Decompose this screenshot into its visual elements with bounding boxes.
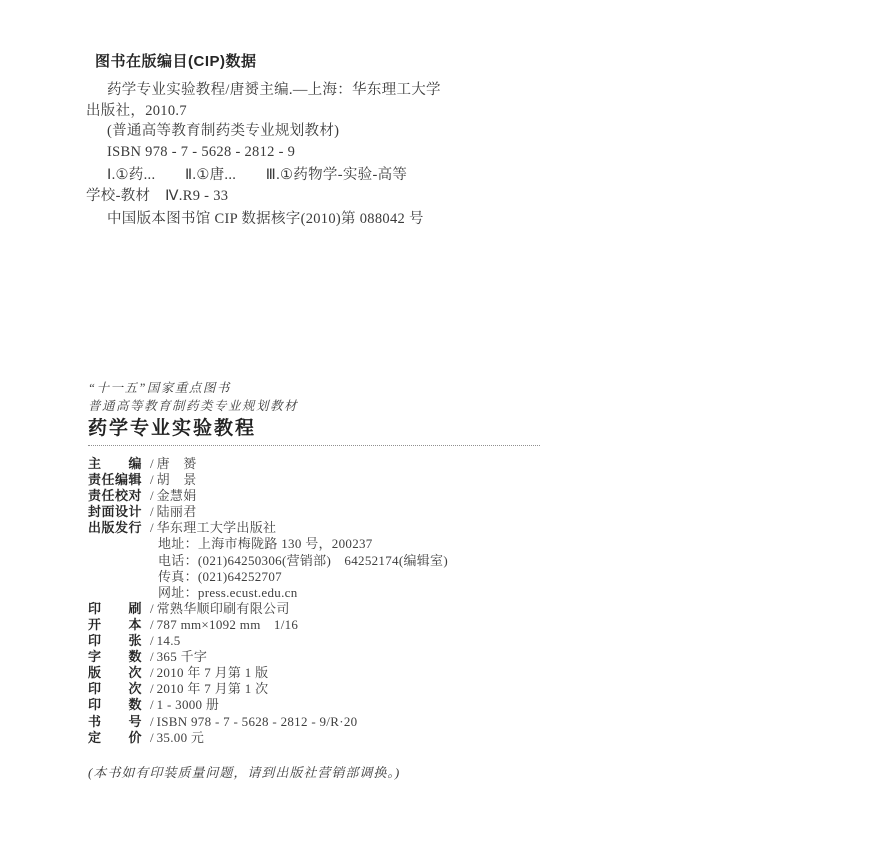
row-value: 唐 赟 [157,456,197,472]
row-separator: / [150,714,157,730]
row-value: 胡 景 [157,472,197,488]
row-label: 封面设计 [88,504,150,520]
cip-isbn-line: ISBN 978 - 7 - 5628 - 2812 - 9 [86,142,538,163]
row-value: 2010 年 7 月第 1 版 [157,665,269,681]
row-label: 印 数 [88,697,150,713]
row-print-run: 印 数 / 1 - 3000 册 [88,697,558,713]
series-note-2: 普通高等教育制药类专业规划教材 [88,397,558,415]
row-label: 责任编辑 [88,472,150,488]
row-value: 1 - 3000 册 [157,697,220,713]
row-label: 字 数 [88,649,150,665]
row-price: 定 价 / 35.00 元 [88,730,558,746]
row-label: 出版发行 [88,520,150,536]
row-separator: / [150,649,157,665]
row-separator: / [150,730,157,746]
publisher-website: 网址：press.ecust.edu.cn [88,585,558,601]
row-value: 金慧娟 [157,488,197,504]
row-value: 华东理工大学出版社 [157,520,277,536]
row-separator: / [150,633,157,649]
row-label: 印 次 [88,681,150,697]
row-label: 主 编 [88,456,150,472]
publisher-phone: 电话：(021)64250306(营销部) 64252174(编辑室) [88,553,558,569]
publisher-fax: 传真：(021)64252707 [88,569,558,585]
row-separator: / [150,681,157,697]
row-value: ISBN 978 - 7 - 5628 - 2812 - 9/R·20 [157,714,358,730]
row-value: 2010 年 7 月第 1 次 [157,681,269,697]
row-publisher: 出版发行 / 华东理工大学出版社 [88,520,558,536]
row-separator: / [150,456,157,472]
row-separator: / [150,504,157,520]
cip-record-number-line: 中国版本图书馆 CIP 数据核字(2010)第 088042 号 [86,209,538,230]
publisher-address: 地址：上海市梅陇路 130 号，200237 [88,536,558,552]
row-label: 版 次 [88,665,150,681]
row-separator: / [150,665,157,681]
row-isbn: 书 号 / ISBN 978 - 7 - 5628 - 2812 - 9/R·2… [88,714,558,730]
row-separator: / [150,601,157,617]
row-printer: 印 刷 / 常熟华顺印刷有限公司 [88,601,558,617]
row-format: 开 本 / 787 mm×1092 mm 1/16 [88,617,558,633]
row-value: 常熟华顺印刷有限公司 [157,601,290,617]
row-label: 责任校对 [88,488,150,504]
cip-classification-line-1: Ⅰ.①药... Ⅱ.①唐... Ⅲ.①药物学-实验-高等 [86,165,538,186]
dotted-divider [88,445,540,446]
book-title: 药学专业实验教程 [88,416,558,442]
row-sheets: 印 张 / 14.5 [88,633,558,649]
copyright-page: 图书在版编目(CIP)数据 药学专业实验教程/唐赟主编.—上海：华东理工大学 出… [0,0,870,842]
row-value: 陆丽君 [157,504,197,520]
cip-series-line: (普通高等教育制药类专业规划教材) [86,121,538,142]
row-label: 印 张 [88,633,150,649]
row-label: 印 刷 [88,601,150,617]
row-value: 14.5 [157,633,181,649]
cip-block: 图书在版编目(CIP)数据 药学专业实验教程/唐赟主编.—上海：华东理工大学 出… [86,52,538,230]
row-label: 书 号 [88,714,150,730]
colophon-rows: 主 编 / 唐 赟 责任编辑 / 胡 景 责任校对 / 金慧娟 封面设计 / 陆… [88,456,558,746]
cip-classification-line-2: 学校-教材 Ⅳ.R9 - 33 [86,186,538,207]
row-word-count: 字 数 / 365 千字 [88,649,558,665]
row-value: 787 mm×1092 mm 1/16 [157,617,299,633]
row-value: 35.00 元 [157,730,205,746]
cip-bibliographic-line-2: 出版社，2010.7 [86,101,538,122]
row-separator: / [150,697,157,713]
row-managing-editor: 责任编辑 / 胡 景 [88,472,558,488]
row-label: 开 本 [88,617,150,633]
row-value: 365 千字 [157,649,208,665]
row-separator: / [150,488,157,504]
series-note-1: “十一五”国家重点图书 [88,379,558,397]
row-cover-designer: 封面设计 / 陆丽君 [88,504,558,520]
cip-bibliographic-line-1: 药学专业实验教程/唐赟主编.—上海：华东理工大学 [86,80,538,101]
colophon-block: “十一五”国家重点图书 普通高等教育制药类专业规划教材 药学专业实验教程 主 编… [88,379,558,781]
row-edition: 版 次 / 2010 年 7 月第 1 版 [88,665,558,681]
return-policy-note: (本书如有印装质量问题，请到出版社营销部调换。) [88,762,558,781]
row-proofreader: 责任校对 / 金慧娟 [88,488,558,504]
row-label: 定 价 [88,730,150,746]
cip-heading-text: 图书在版编目(CIP)数据 [95,53,257,70]
row-impression: 印 次 / 2010 年 7 月第 1 次 [88,681,558,697]
cip-heading: 图书在版编目(CIP)数据 [95,52,538,72]
row-separator: / [150,472,157,488]
row-separator: / [150,617,157,633]
row-separator: / [150,520,157,536]
row-chief-editor: 主 编 / 唐 赟 [88,456,558,472]
